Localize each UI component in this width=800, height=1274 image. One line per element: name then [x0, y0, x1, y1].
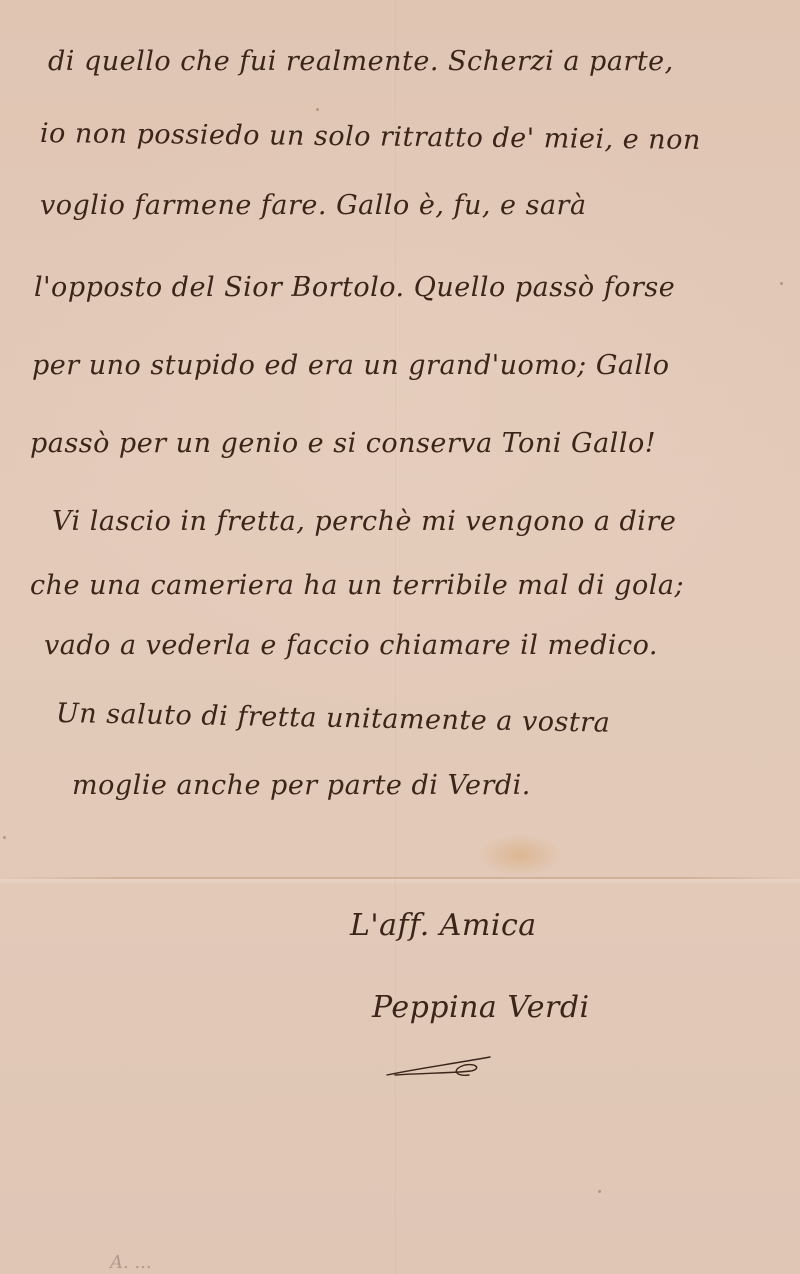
- fold-shadow: [0, 879, 800, 885]
- signature-flourish-icon: [385, 1055, 495, 1079]
- letter-line-6: passò per un genio e si conserva Toni Ga…: [30, 428, 656, 459]
- letter-page: di quello che fui realmente. Scherzi a p…: [0, 0, 800, 1274]
- paper-speck: [316, 108, 319, 111]
- signature: Peppina Verdi: [372, 990, 590, 1025]
- letter-line-1: di quello che fui realmente. Scherzi a p…: [48, 46, 674, 77]
- letter-line-3: voglio farmene fare. Gallo è, fu, e sarà: [40, 190, 587, 221]
- paper-speck: [598, 1190, 601, 1193]
- letter-line-11: moglie anche per parte di Verdi.: [72, 770, 531, 801]
- paper-speck: [3, 836, 6, 839]
- closing-salutation: L'aff. Amica: [350, 908, 537, 943]
- letter-line-9: vado a vederla e faccio chiamare il medi…: [44, 630, 658, 661]
- letter-line-2: io non possiedo un solo ritratto de' mie…: [40, 118, 701, 156]
- letter-line-7: Vi lascio in fretta, perchè mi vengono a…: [52, 506, 676, 537]
- faint-bottom-note: A. ...: [110, 1252, 152, 1273]
- letter-line-5: per uno stupido ed era un grand'uomo; Ga…: [32, 350, 670, 381]
- letter-line-10: Un saluto di fretta unitamente a vostra: [56, 698, 611, 739]
- paper-speck: [780, 282, 783, 285]
- letter-line-8: che una cameriera ha un terribile mal di…: [30, 570, 684, 601]
- letter-line-4: l'opposto del Sior Bortolo. Quello passò…: [34, 272, 675, 303]
